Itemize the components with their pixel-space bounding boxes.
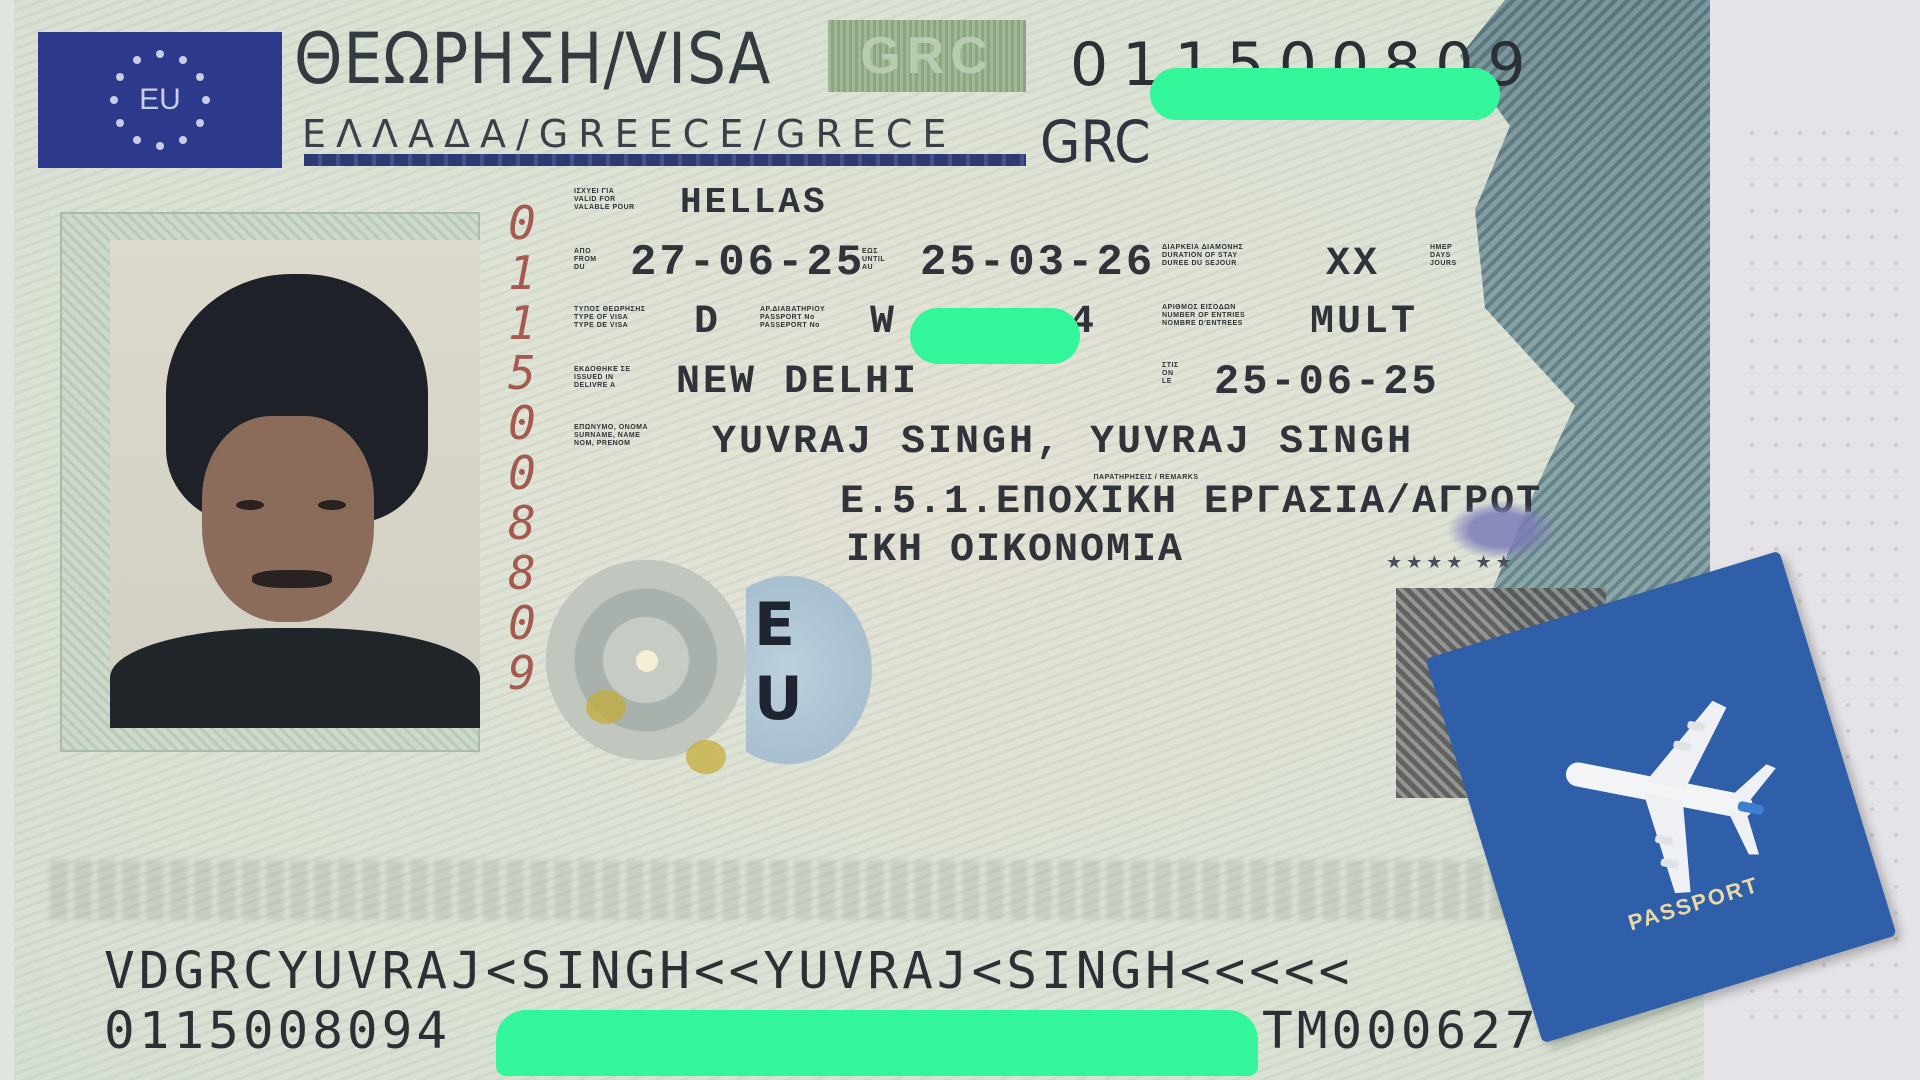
value-issued-in: NEW DELHI [676, 360, 919, 405]
eu-star-icon [179, 136, 187, 144]
label-type-of-visa: ΤΥΠΟΣ ΘΕΩΡΗΣΗΣTYPE OF VISATYPE DE VISA [574, 306, 664, 330]
value-duration: XX [1326, 242, 1380, 287]
stamp-stars: ★★★★ ★★ [1386, 552, 1516, 573]
value-date-of-issue: 25-06-25 [1214, 358, 1440, 406]
label-surname-name: ΕΠΩΝΥΜΟ, ΟΝΟΜΑSURNAME, NAMENOM, PRENOM [574, 424, 664, 448]
value-entries: MULT [1310, 300, 1418, 345]
value-remarks-line-1: Ε.5.1.ΕΠΟΧΙΚΗ ΕΡΓΑΣΙΑ/ΑΓΡΟΤ [840, 480, 1542, 525]
value-from: 27-06-25 [630, 238, 865, 288]
photo-eye [236, 500, 264, 510]
holder-photo [110, 240, 480, 728]
label-from: ΑΠΟFROMDU [574, 248, 614, 272]
issuing-country: ΕΛΛΑΔΑ/GREECE/GRECE [302, 112, 956, 156]
label-duration: ΔΙΑΡΚΕΙΑ ΔΙΑΜΟΝΗΣDURATION OF STAYDUREE D… [1162, 244, 1282, 268]
photo-eye [318, 500, 346, 510]
photo-face [202, 416, 374, 622]
eu-star-icon [133, 136, 141, 144]
eu-star-icon [196, 73, 204, 81]
seal-letter-u: U [754, 664, 803, 734]
seal-letter-e: E [754, 590, 795, 660]
eu-star-icon [156, 50, 164, 58]
value-surname-name: YUVRAJ SINGH, YUVRAJ SINGH [712, 420, 1414, 465]
eu-flag-label: EU [105, 45, 215, 155]
seal-highlight [636, 650, 658, 672]
mrz-ghost-text [50, 860, 1550, 920]
label-entries: ΑΡΙΘΜΟΣ ΕΙΣΟΔΩΝNUMBER OF ENTRIESNOMBRE D… [1162, 304, 1282, 328]
official-stamp [1446, 500, 1556, 560]
redaction-mrz [496, 1010, 1258, 1076]
eu-star-icon [202, 96, 210, 104]
eu-star-icon [156, 142, 164, 150]
label-on: ΣΤΙΣONLE [1162, 362, 1192, 386]
label-until: ΕΩΣUNTILAU [862, 248, 902, 272]
label-passport-number: ΑΡ.ΔΙΑΒΑΤΗΡΙΟΥPASSPORT NoPASSEPORT No [760, 306, 850, 330]
seal-gold-mark [686, 740, 726, 774]
redaction-serial [1150, 68, 1500, 120]
value-until: 25-03-26 [920, 238, 1155, 288]
value-passport-start: W [870, 300, 897, 345]
redaction-passport-number [910, 308, 1080, 364]
label-days: ΗΜΕΡDAYSJOURS [1430, 244, 1460, 268]
photo-shirt [110, 628, 480, 728]
country-code: GRC [1040, 108, 1151, 176]
label-issued-in: ΕΚΔΟΘΗΚΕ ΣΕISSUED INDELIVRE A [574, 366, 664, 390]
grc-hologram: GRC [828, 20, 1026, 92]
value-valid-for: HELLAS [680, 182, 828, 223]
microprint-bar [304, 154, 1026, 166]
mrz-line-2-end: TM000627 [1262, 1002, 1540, 1061]
visa-title: ΘΕΩΡΗΣΗ/VISA [294, 18, 771, 100]
eu-star-icon [196, 119, 204, 127]
photo-mustache [252, 570, 332, 588]
eu-flag-icon: EU [38, 32, 282, 168]
mrz-line-2-start: 0115008094 [104, 1002, 451, 1061]
eu-seal-hologram: E U [536, 540, 1006, 800]
label-valid-for: ΙΣΧΥΕΙ ΓΙΑVALID FORVALABLE POUR [574, 188, 664, 212]
eu-star-icon [110, 96, 118, 104]
value-type-of-visa: D [694, 300, 721, 345]
seal-gold-mark [586, 690, 626, 724]
mrz-line-1: VDGRCYUVRAJ<SINGH<<YUVRAJ<SINGH<<<<< [104, 942, 1353, 1001]
